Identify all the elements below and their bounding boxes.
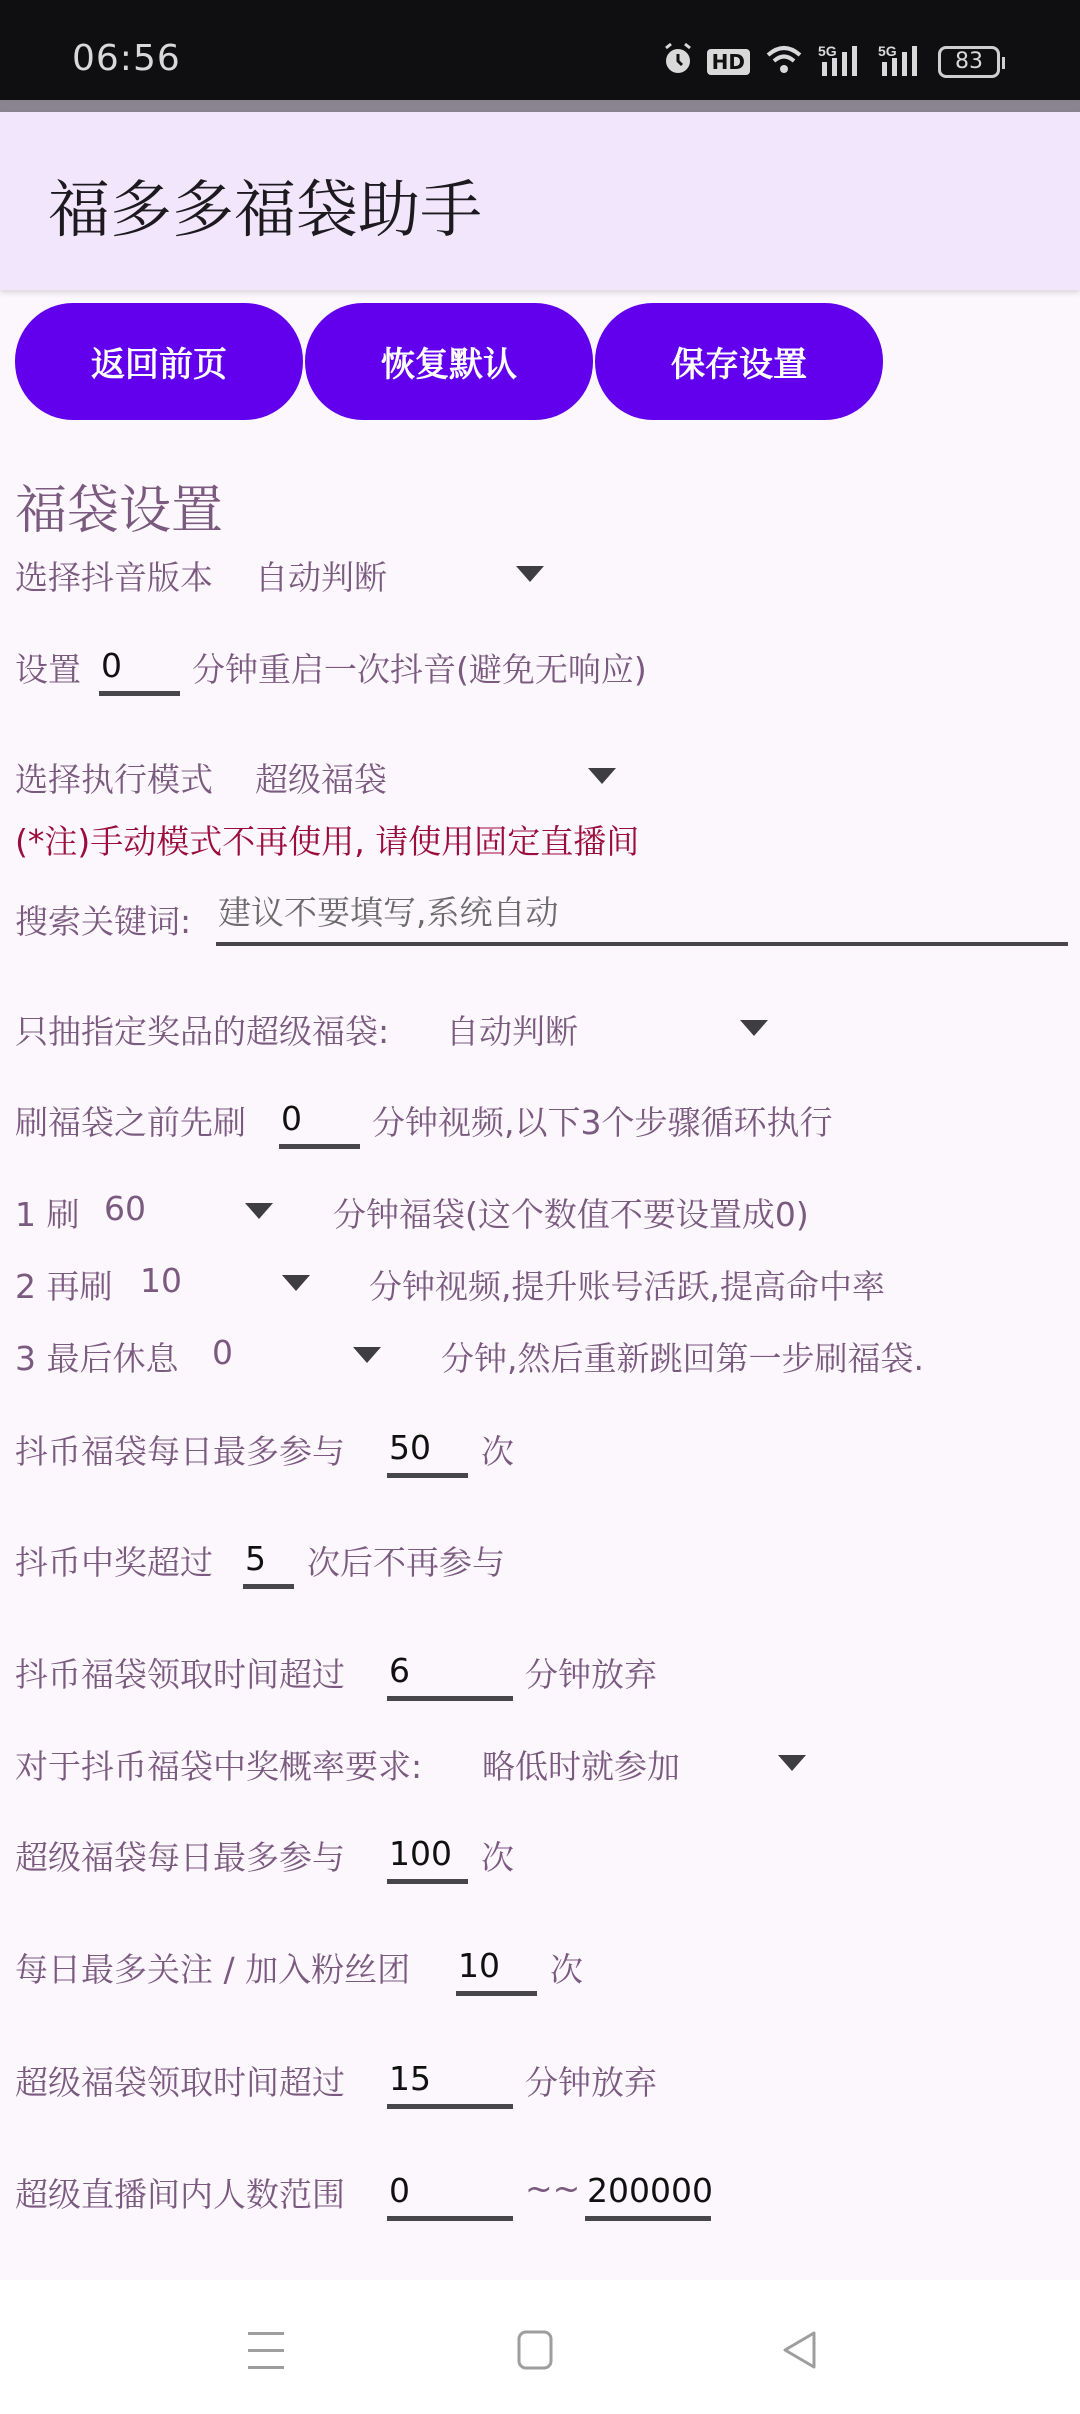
back-icon[interactable]: [780, 2330, 820, 2374]
coin-win-limit-value: 5: [245, 1539, 266, 1578]
manual-mode-note: (*注)手动模式不再使用, 请使用固定直播间: [15, 816, 639, 863]
coin-timeout-suffix: 分钟放弃: [525, 1649, 657, 1696]
room-size-max-input[interactable]: 200000: [585, 2168, 711, 2221]
step1-select[interactable]: 60: [104, 1189, 146, 1228]
room-size-separator: ~~: [525, 2169, 580, 2208]
step2-select[interactable]: 10: [140, 1261, 182, 1300]
home-icon[interactable]: [516, 2330, 556, 2374]
douyin-version-label: 选择抖音版本: [15, 552, 213, 599]
app-title: 福多多福袋助手: [48, 160, 482, 249]
coin-daily-max-value: 50: [389, 1428, 431, 1467]
step2-suffix: 分钟视频,提升账号活跃,提高命中率: [369, 1261, 885, 1308]
5g-signal-icon: 5G: [818, 42, 864, 81]
coin-daily-max-input[interactable]: 50: [387, 1425, 468, 1478]
alarm-icon: [663, 42, 693, 81]
super-timeout-input[interactable]: 15: [387, 2056, 513, 2109]
super-timeout-prefix: 超级福袋领取时间超过: [15, 2057, 345, 2104]
room-size-max-value: 200000: [587, 2171, 713, 2210]
super-timeout-value: 15: [389, 2059, 431, 2098]
chevron-down-icon[interactable]: [353, 1347, 381, 1363]
prize-filter-select[interactable]: 自动判断: [446, 1006, 578, 1053]
follow-daily-max-value: 10: [458, 1946, 500, 1985]
coin-timeout-prefix: 抖币福袋领取时间超过: [15, 1649, 345, 1696]
follow-daily-max-suffix: 次: [550, 1944, 583, 1991]
coin-win-limit-suffix: 次后不再参与: [307, 1537, 505, 1584]
section-title: 福袋设置: [15, 468, 223, 543]
coin-daily-max-suffix: 次: [481, 1426, 514, 1473]
coin-win-limit-prefix: 抖币中奖超过: [15, 1537, 213, 1584]
coin-daily-max-prefix: 抖币福袋每日最多参与: [15, 1426, 345, 1473]
status-divider: [0, 100, 1080, 112]
chevron-down-icon[interactable]: [740, 1020, 768, 1036]
pre-watch-input[interactable]: 0: [279, 1096, 360, 1149]
step1-suffix: 分钟福袋(这个数值不要设置成0): [333, 1189, 809, 1236]
chevron-down-icon[interactable]: [245, 1203, 273, 1219]
restart-interval-value: 0: [101, 646, 122, 685]
app-bar: 福多多福袋助手: [0, 112, 1080, 290]
svg-text:5G: 5G: [878, 43, 897, 59]
chevron-down-icon[interactable]: [778, 1755, 806, 1771]
chevron-down-icon[interactable]: [516, 566, 544, 582]
super-daily-max-prefix: 超级福袋每日最多参与: [15, 1832, 345, 1879]
chevron-down-icon[interactable]: [588, 768, 616, 784]
step3-prefix: 3 最后休息: [15, 1333, 179, 1380]
coin-win-limit-input[interactable]: 5: [243, 1536, 294, 1589]
pre-watch-prefix: 刷福袋之前先刷: [15, 1097, 246, 1144]
back-button[interactable]: 返回前页: [15, 303, 303, 420]
coin-probability-select[interactable]: 略低时就参加: [482, 1741, 680, 1788]
super-daily-max-suffix: 次: [481, 1832, 514, 1879]
room-size-min-input[interactable]: 0: [387, 2168, 513, 2221]
coin-probability-label: 对于抖币福袋中奖概率要求:: [15, 1741, 422, 1788]
hd-voice-icon: HD: [707, 49, 750, 75]
status-bar: 06:56 HD 5G 5G 83: [0, 0, 1080, 100]
follow-daily-max-prefix: 每日最多关注 / 加入粉丝团: [15, 1944, 410, 1991]
reset-defaults-button[interactable]: 恢复默认: [305, 303, 593, 420]
status-icons: HD 5G 5G 83: [663, 42, 1000, 81]
search-keyword-input[interactable]: 建议不要填写,系统自动: [216, 892, 1068, 946]
search-keyword-placeholder: 建议不要填写,系统自动: [218, 887, 559, 934]
step2-prefix: 2 再刷: [15, 1261, 113, 1308]
follow-daily-max-input[interactable]: 10: [456, 1943, 537, 1996]
super-timeout-suffix: 分钟放弃: [525, 2057, 657, 2104]
room-size-min-value: 0: [389, 2171, 410, 2210]
menu-icon[interactable]: [246, 2330, 286, 2374]
step3-suffix: 分钟,然后重新跳回第一步刷福袋.: [441, 1333, 924, 1380]
pre-watch-value: 0: [281, 1099, 302, 1138]
coin-timeout-value: 6: [389, 1651, 410, 1690]
restart-suffix: 分钟重启一次抖音(避免无响应): [192, 644, 647, 691]
5g-signal-icon: 5G: [878, 42, 924, 81]
wifi-icon: [764, 43, 804, 80]
search-keyword-label: 搜索关键词:: [15, 896, 191, 943]
prize-filter-label: 只抽指定奖品的超级福袋:: [15, 1006, 389, 1053]
svg-text:5G: 5G: [818, 43, 837, 59]
coin-timeout-input[interactable]: 6: [387, 1648, 513, 1701]
super-daily-max-input[interactable]: 100: [387, 1831, 468, 1884]
pre-watch-suffix: 分钟视频,以下3个步骤循环执行: [372, 1097, 833, 1144]
super-daily-max-value: 100: [389, 1834, 452, 1873]
restart-interval-input[interactable]: 0: [99, 643, 180, 696]
step3-select[interactable]: 0: [212, 1333, 233, 1372]
status-time: 06:56: [72, 38, 181, 79]
room-size-prefix: 超级直播间内人数范围: [15, 2169, 345, 2216]
exec-mode-select[interactable]: 超级福袋: [255, 754, 387, 801]
step1-prefix: 1 刷: [15, 1189, 80, 1236]
chevron-down-icon[interactable]: [282, 1275, 310, 1291]
battery-icon: 83: [938, 46, 1000, 78]
restart-prefix: 设置: [15, 644, 81, 691]
douyin-version-select[interactable]: 自动判断: [255, 552, 387, 599]
save-settings-button[interactable]: 保存设置: [595, 303, 883, 420]
exec-mode-label: 选择执行模式: [15, 754, 213, 801]
